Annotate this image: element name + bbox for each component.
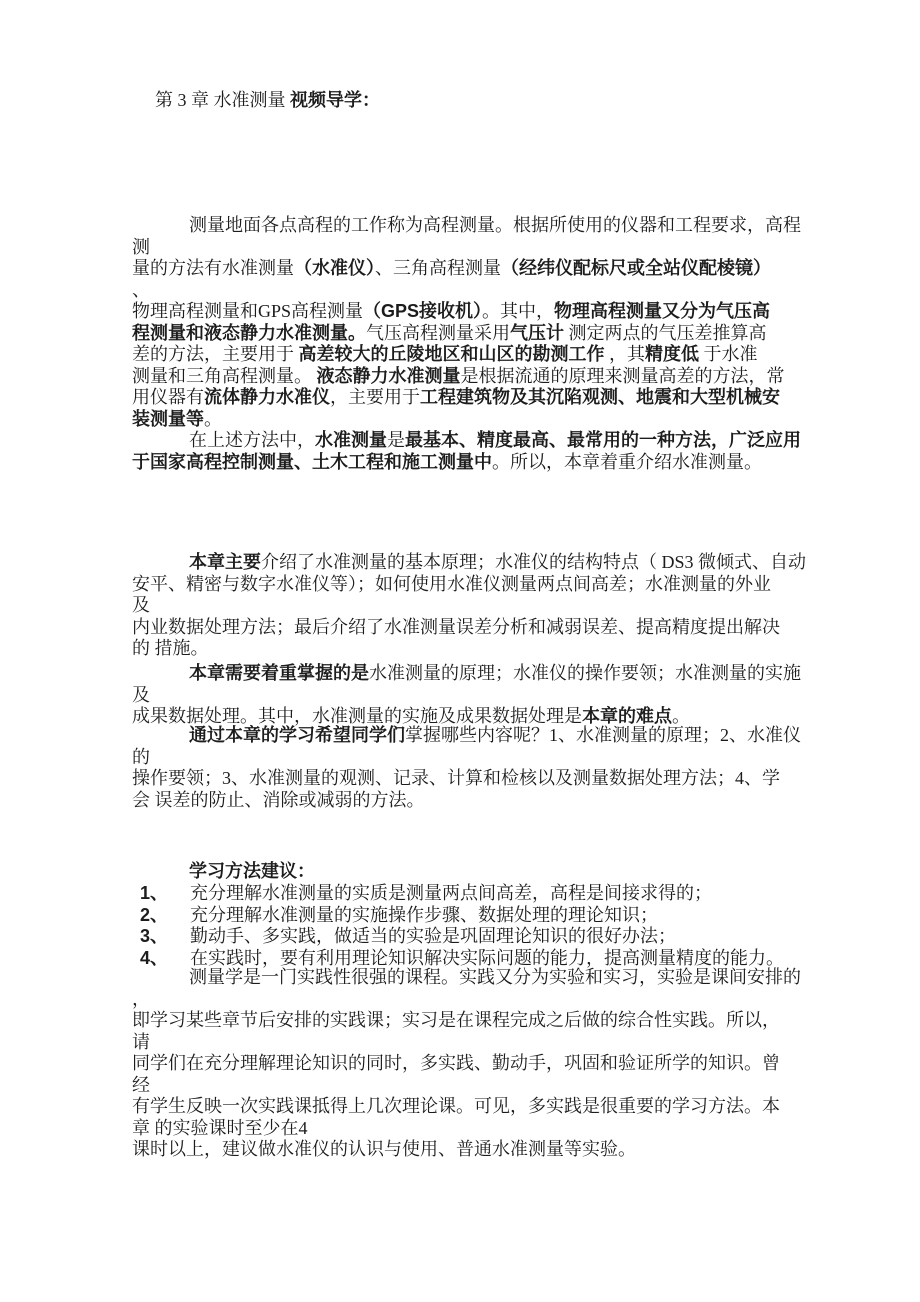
learning-goals-paragraph: 通过本章的学习希望同学们掌握哪些内容呢？1、水准测量的原理；2、水准仪的操作要领…: [132, 725, 812, 811]
bold-text-segment: 于国家高程控制测量、土木工程和施工测量中: [132, 452, 492, 472]
text-line: 的: [132, 747, 812, 769]
text-segment: 掌握哪些内容呢？1、水准测量的原理；2、水准仪: [405, 725, 801, 745]
text-segment: ，其: [605, 344, 646, 364]
text-segment: 测量和三角高程测量。: [132, 366, 317, 386]
text-line: 及: [132, 595, 812, 617]
text-segment: 在实践时，要有利用理论知识解决实际问题的能力，提高测量精度的能力。: [190, 948, 784, 968]
text-line: 在上述方法中，水准测量是最基本、精度最高、最常用的一种方法，广泛应用: [132, 430, 812, 452]
bold-text-segment: （GPS接收机）: [363, 301, 482, 321]
text-segment: 第 3 章 水准测量: [155, 90, 290, 110]
text-line: 测量地面各点高程的工作称为高程测量。根据所使用的仪器和工程要求，高程: [132, 215, 812, 237]
intro-paragraph: 测量地面各点高程的工作称为高程测量。根据所使用的仪器和工程要求，高程测量的方法有…: [132, 215, 812, 473]
text-segment: 测定两点的气压差推算高: [564, 323, 767, 343]
text-line: 安平、精密与数字水准仪等）；如何使用水准仪测量两点间高差；水准测量的外业: [132, 574, 812, 596]
bold-text-segment: 视频导学：: [290, 90, 380, 110]
text-segment: 请: [132, 1032, 150, 1052]
text-segment: 测量学是一门实践性很强的课程。实践又分为实验和实习，实验是课间安排的: [189, 967, 801, 987]
bold-text-segment: 精度低: [645, 344, 699, 364]
bold-text-segment: 流体静力水准仪: [204, 387, 330, 407]
text-segment: 的 措施。: [132, 638, 209, 658]
text-line: 于国家高程控制测量、土木工程和施工测量中。所以，本章着重介绍水准测量。: [132, 452, 812, 474]
list-number: 1、: [140, 883, 190, 905]
text-segment: 会 误差的防止、消除或减弱的方法。: [132, 790, 425, 810]
text-line: 测: [132, 237, 812, 259]
bold-text-segment: （经纬仪配标尺或全站仪配棱镜）: [501, 258, 771, 278]
text-segment: 。其中，: [482, 301, 554, 321]
text-line: 物理高程测量和GPS高程测量（GPS接收机）。其中，物理高程测量又分为气压高: [132, 301, 812, 323]
bold-text-segment: 本章主要: [189, 552, 261, 572]
list-item: 3、勤动手、多实践，做适当的实验是巩固理论知识的很好办法；: [132, 926, 812, 948]
list-number: 3、: [140, 926, 190, 948]
text-segment: 于水准: [699, 344, 758, 364]
list-number: 2、: [140, 905, 190, 927]
text-line: 会 误差的防止、消除或减弱的方法。: [132, 790, 812, 812]
text-line: 量的方法有水准测量（水准仪）、三角高程测量（经纬仪配标尺或全站仪配棱镜）: [132, 258, 812, 280]
text-line: 测量学是一门实践性很强的课程。实践又分为实验和实习，实验是课间安排的: [132, 967, 812, 989]
chapter-title: 第 3 章 水准测量 视频导学：: [155, 90, 875, 112]
text-line: 即学习某些章节后安排的实践课；实习是在课程完成之后做的综合性实践。所以，: [132, 1010, 812, 1032]
text-line: 本章需要着重掌握的是水准测量的原理；水准仪的操作要领；水准测量的实施及: [132, 663, 812, 706]
text-segment: 差的方法，主要用于: [132, 344, 299, 364]
text-segment: 是根据流通的原理来测量高差的方法，常: [461, 366, 785, 386]
text-segment: 操作要领；3、水准测量的观测、记录、计算和检核以及测量数据处理方法；4、学: [132, 768, 780, 788]
list-item: 1、充分理解水准测量的实质是测量两点间高差，高程是间接求得的；: [132, 883, 812, 905]
text-segment: 量的方法有水准测量: [132, 258, 294, 278]
text-segment: ，: [132, 989, 150, 1009]
text-line: 的 措施。: [132, 638, 812, 660]
text-segment: 介绍了水准测量的基本原理；水准仪的结构特点（ DS3 微倾式、自动: [261, 552, 806, 572]
text-line: 通过本章的学习希望同学们掌握哪些内容呢？1、水准测量的原理；2、水准仪: [132, 725, 812, 747]
text-line: 章 的实验课时至少在4: [132, 1118, 812, 1140]
text-segment: 、三角高程测量: [375, 258, 501, 278]
bold-text-segment: 水准测量: [315, 430, 387, 450]
bold-text-segment: 工程建筑物及其沉陷观测、地震和大型机械安: [420, 387, 780, 407]
text-line: 第 3 章 水准测量 视频导学：: [155, 90, 875, 112]
text-segment: 。所以，本章着重介绍水准测量。: [492, 452, 762, 472]
text-segment: 在上述方法中，: [189, 430, 315, 450]
text-segment: 课时以上，建议做水准仪的认识与使用、普通水准测量等实验。: [132, 1139, 636, 1159]
text-line: 程测量和液态静力水准测量。气压高程测量采用气压计 测定两点的气压差推算高: [132, 323, 812, 345]
key-points-paragraph: 本章需要着重掌握的是水准测量的原理；水准仪的操作要领；水准测量的实施及成果数据处…: [132, 663, 812, 728]
text-line: 装测量等。: [132, 409, 812, 431]
text-line: 请: [132, 1032, 812, 1054]
list-item: 4、在实践时，要有利用理论知识解决实际问题的能力，提高测量精度的能力。: [132, 948, 812, 970]
text-line: 经: [132, 1075, 812, 1097]
text-segment: 用仪器有: [132, 387, 204, 407]
list-number: 4、: [140, 948, 190, 970]
text-segment: 章 的实验课时至少在4: [132, 1118, 308, 1138]
text-segment: 测: [132, 237, 150, 257]
text-line: 同学们在充分理解理论知识的同时，多实践、勤动手，巩固和验证所学的知识。曾: [132, 1053, 812, 1075]
text-segment: 及: [132, 595, 150, 615]
text-line: 测量和三角高程测量。 液态静力水准测量是根据流通的原理来测量高差的方法，常: [132, 366, 812, 388]
text-line: 操作要领；3、水准测量的观测、记录、计算和检核以及测量数据处理方法；4、学: [132, 768, 812, 790]
text-segment: 是: [387, 430, 405, 450]
text-segment: 气压高程测量采用: [366, 323, 510, 343]
bold-text-segment: 气压计: [510, 323, 564, 343]
text-line: 有学生反映一次实践课抵得上几次理论课。可见，多实践是很重要的学习方法。本: [132, 1096, 812, 1118]
bold-text-segment: 物理高程测量又分为气压高: [554, 301, 770, 321]
bold-text-segment: 最基本、精度最高、最常用的一种方法，广泛应用: [405, 430, 801, 450]
bold-text-segment: 学习方法建议：: [189, 861, 315, 881]
bold-text-segment: 本章的难点: [582, 706, 672, 726]
text-segment: 有学生反映一次实践课抵得上几次理论课。可见，多实践是很重要的学习方法。本: [132, 1096, 780, 1116]
text-line: 本章主要介绍了水准测量的基本原理；水准仪的结构特点（ DS3 微倾式、自动: [132, 552, 812, 574]
text-line: 、: [132, 280, 812, 302]
text-segment: 。: [672, 706, 690, 726]
text-line: 学习方法建议：: [132, 861, 812, 883]
text-segment: 测量地面各点高程的工作称为高程测量。根据所使用的仪器和工程要求，高程: [189, 215, 801, 235]
bold-text-segment: 装测量等: [132, 409, 204, 429]
text-segment: 即学习某些章节后安排的实践课；实习是在课程完成之后做的综合性实践。所以，: [132, 1010, 780, 1030]
bold-text-segment: 高差较大的丘陵地区和山区的勘测工作: [299, 344, 605, 364]
bold-text-segment: 本章需要着重掌握的是: [189, 663, 369, 683]
text-segment: 。: [204, 409, 222, 429]
bold-text-segment: 通过本章的学习希望同学们: [189, 725, 405, 745]
text-segment: 充分理解水准测量的实质是测量两点间高差，高程是间接求得的；: [190, 883, 712, 903]
text-line: 用仪器有流体静力水准仪，主要用于工程建筑物及其沉陷观测、地震和大型机械安: [132, 387, 812, 409]
practice-paragraph: 测量学是一门实践性很强的课程。实践又分为实验和实习，实验是课间安排的，即学习某些…: [132, 967, 812, 1161]
text-segment: 勤动手、多实践，做适当的实验是巩固理论知识的很好办法；: [190, 926, 676, 946]
chapter-summary-paragraph: 本章主要介绍了水准测量的基本原理；水准仪的结构特点（ DS3 微倾式、自动安平、…: [132, 552, 812, 660]
text-segment: 经: [132, 1075, 150, 1095]
text-segment: 的: [132, 747, 150, 767]
bold-text-segment: （水准仪）: [294, 258, 375, 278]
document-page: 第 3 章 水准测量 视频导学： 测量地面各点高程的工作称为高程测量。根据所使用…: [0, 0, 920, 1302]
text-segment: 物理高程测量和GPS高程测量: [132, 301, 363, 321]
text-line: 课时以上，建议做水准仪的认识与使用、普通水准测量等实验。: [132, 1139, 812, 1161]
text-segment: 安平、精密与数字水准仪等）；如何使用水准仪测量两点间高差；水准测量的外业: [132, 574, 771, 594]
bold-text-segment: 程测量和液态静力水准测量。: [132, 323, 366, 343]
study-advice-list: 1、充分理解水准测量的实质是测量两点间高差，高程是间接求得的；2、充分理解水准测…: [132, 883, 812, 969]
text-line: 差的方法，主要用于 高差较大的丘陵地区和山区的勘测工作 ，其精度低 于水准: [132, 344, 812, 366]
text-segment: 充分理解水准测量的实施操作步骤、数据处理的理论知识；: [190, 905, 658, 925]
bold-text-segment: 液态静力水准测量: [317, 366, 461, 386]
text-segment: 、: [132, 280, 150, 300]
study-advice-heading: 学习方法建议：: [132, 861, 812, 883]
text-segment: 同学们在充分理解理论知识的同时，多实践、勤动手，巩固和验证所学的知识。曾: [132, 1053, 780, 1073]
text-line: 内业数据处理方法；最后介绍了水准测量误差分析和减弱误差、提高精度提出解决: [132, 617, 812, 639]
list-item: 2、充分理解水准测量的实施操作步骤、数据处理的理论知识；: [132, 905, 812, 927]
text-segment: ，主要用于: [330, 387, 420, 407]
text-segment: 内业数据处理方法；最后介绍了水准测量误差分析和减弱误差、提高精度提出解决: [132, 617, 780, 637]
text-line: ，: [132, 989, 812, 1011]
text-segment: 成果数据处理。其中，水准测量的实施及成果数据处理是: [132, 706, 582, 726]
